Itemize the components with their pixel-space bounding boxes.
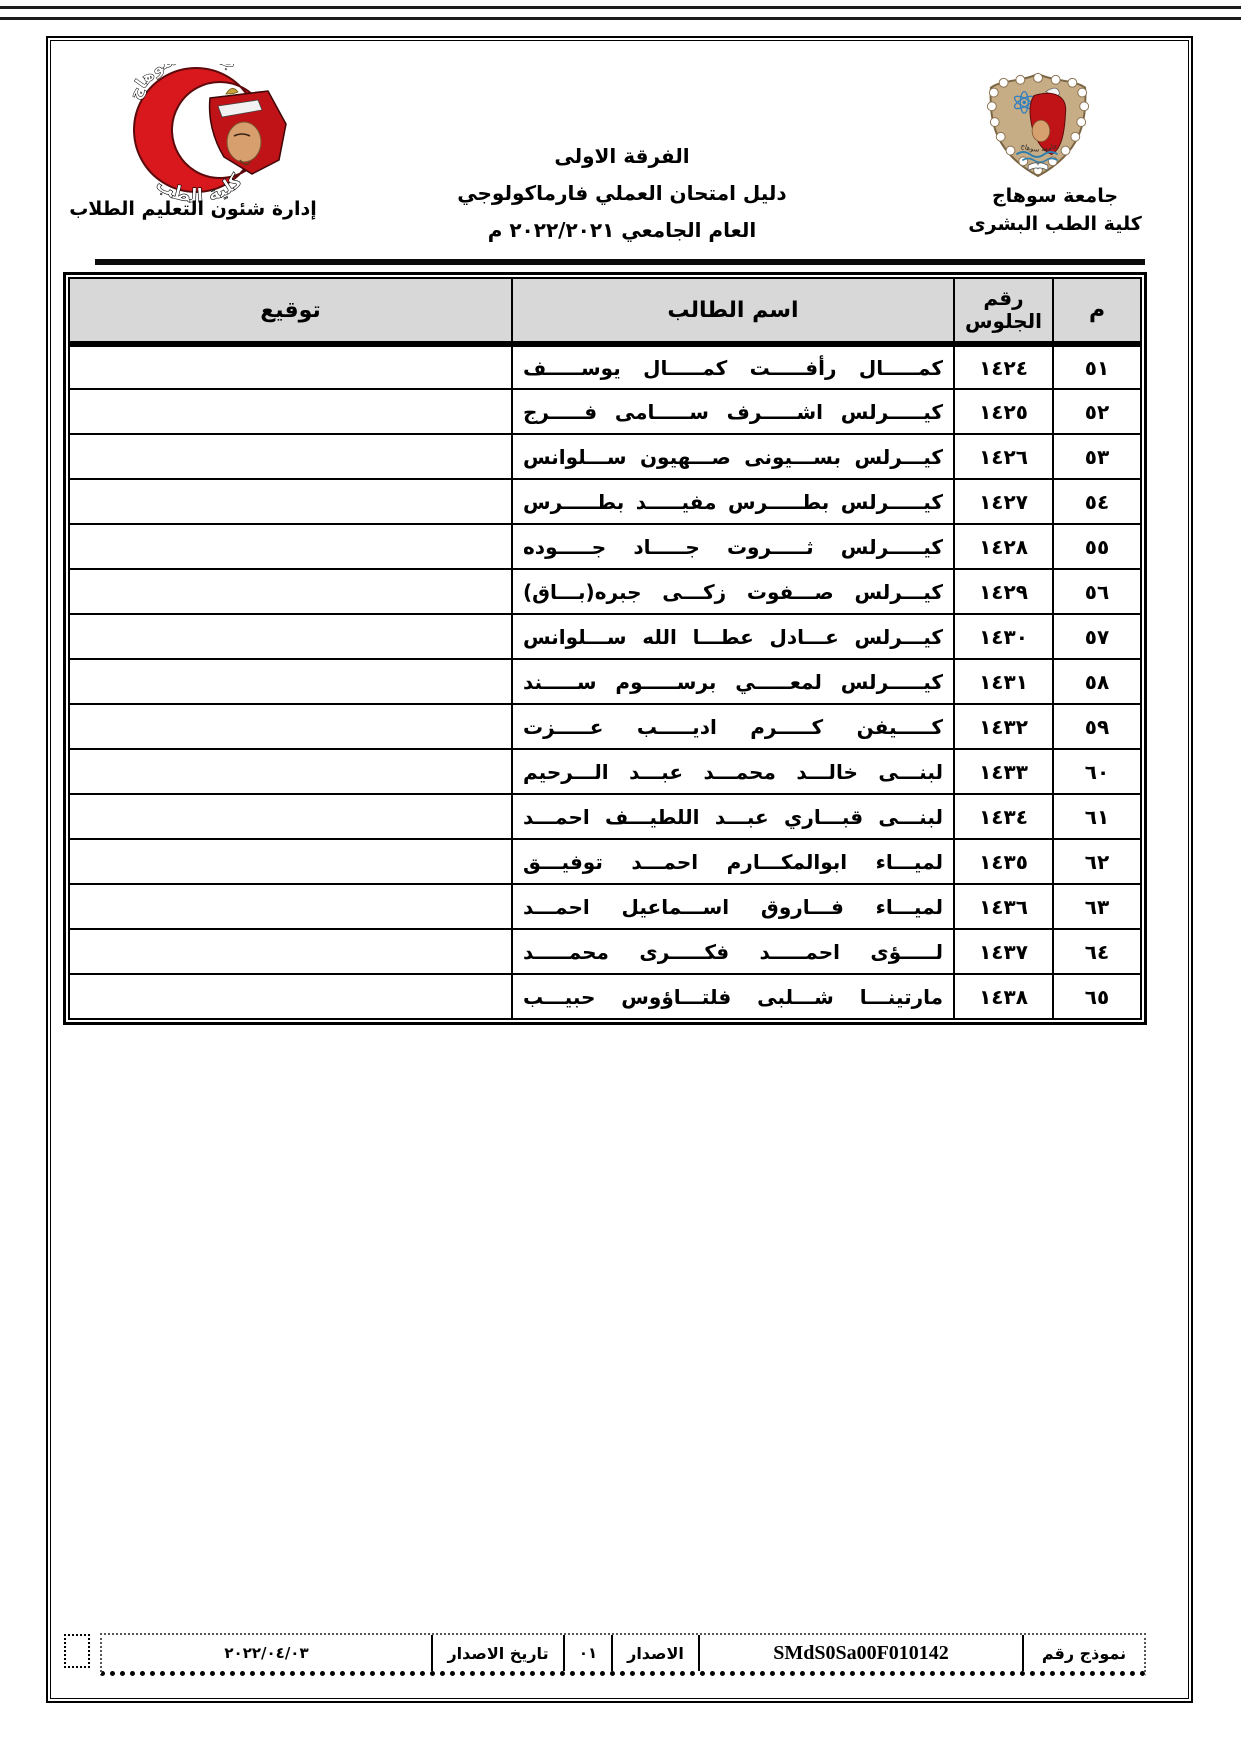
student-row: ٦٠١٤٣٣لبنـــى خالـــد محمـــد عبـــد الـ… — [69, 749, 1141, 794]
seat-number-cell: ١٤٣٥ — [954, 839, 1053, 884]
signature-cell — [69, 659, 512, 704]
seat-number-cell: ١٤٣١ — [954, 659, 1053, 704]
student-row: ٦٢١٤٣٥لميـــاء ابوالمكـــارم احمـــد توف… — [69, 839, 1141, 884]
serial-cell: ٦٣ — [1053, 884, 1141, 929]
crescent-logo-graphic: جامعة سوهاج كلية الطب — [106, 64, 318, 206]
title-academic-year: العام الجامعي ٢٠٢٢/٢٠٢١ م — [448, 212, 796, 249]
header-divider-rule — [95, 259, 1145, 265]
student-row: ٦٣١٤٣٦لميـــاء فـــاروق اســـماعيل احمــ… — [69, 884, 1141, 929]
student-roster-table-frame: م رقم الجلوس اسم الطالب توقيع ٥١١٤٢٤كمــ… — [63, 272, 1147, 1025]
signature-cell — [69, 344, 512, 389]
student-name-cell: لـــــؤى احمـــــد فكـــــرى محمـــــد — [512, 929, 954, 974]
col-name-header: اسم الطالب — [512, 278, 954, 344]
serial-cell: ٦٠ — [1053, 749, 1141, 794]
seat-number-cell: ١٤٢٧ — [954, 479, 1053, 524]
signature-cell — [69, 974, 512, 1019]
serial-cell: ٦٥ — [1053, 974, 1141, 1019]
serial-cell: ٥٥ — [1053, 524, 1141, 569]
signature-cell — [69, 749, 512, 794]
seat-number-cell: ١٤٣٠ — [954, 614, 1053, 659]
student-name-cell: مارتينـــا شـــلبى فلتـــاؤوس حبيـــب — [512, 974, 954, 1019]
col-seat-header-line2: الجلوس — [965, 309, 1042, 333]
student-name-cell: كمـــــال رأفـــــت كمـــــال يوســـــف — [512, 344, 954, 389]
seat-number-cell: ١٤٣٧ — [954, 929, 1053, 974]
student-name-cell: كيـــــرلس بطـــــرس مفيـــــد بطـــــرس — [512, 479, 954, 524]
signature-cell — [69, 704, 512, 749]
seat-number-cell: ١٤٢٤ — [954, 344, 1053, 389]
student-rows: ٥١١٤٢٤كمـــــال رأفـــــت كمـــــال يوسـ… — [69, 344, 1141, 1019]
signature-cell — [69, 434, 512, 479]
organization-name-block: جامعة سوهاج كلية الطب البشرى — [948, 182, 1162, 238]
seat-number-cell: ١٤٢٨ — [954, 524, 1053, 569]
student-name-cell: لبنـــى خالـــد محمـــد عبـــد الـــرحيم — [512, 749, 954, 794]
signature-cell — [69, 569, 512, 614]
shield-logo-graphic: جامعة سوهاج — [973, 70, 1103, 180]
col-signature-header: توقيع — [69, 278, 512, 344]
signature-cell — [69, 884, 512, 929]
signature-cell — [69, 794, 512, 839]
student-row: ٥٥١٤٢٨كيـــــرلس ثـــــروت جـــــاد جـــ… — [69, 524, 1141, 569]
signature-cell — [69, 524, 512, 569]
serial-cell: ٥٧ — [1053, 614, 1141, 659]
student-row: ٥٢١٤٢٥كيـــــرلس اشـــــرف ســـــامى فــ… — [69, 389, 1141, 434]
serial-cell: ٥٢ — [1053, 389, 1141, 434]
signature-cell — [69, 614, 512, 659]
faculty-crescent-logo: جامعة سوهاج كلية الطب — [106, 64, 318, 206]
signature-cell — [69, 389, 512, 434]
version-value: ٠١ — [565, 1635, 613, 1671]
signature-cell — [69, 479, 512, 524]
student-name-cell: لميـــاء فـــاروق اســـماعيل احمـــد — [512, 884, 954, 929]
student-name-cell: كيـــــرلس لمعـــــي برســـــوم ســـــند — [512, 659, 954, 704]
student-row: ٥٦١٤٢٩كيـــرلس صـــفوت زكـــى جبره(بـــا… — [69, 569, 1141, 614]
form-number-label: نموذج رقم — [1024, 1635, 1144, 1671]
student-name-cell: كيـــــرلس اشـــــرف ســـــامى فـــــرج — [512, 389, 954, 434]
form-info-bar: نموذج رقم SMdS0Sa00F010142 الاصدار ٠١ تا… — [100, 1633, 1146, 1676]
col-seat-header-line1: رقم — [983, 286, 1023, 310]
student-row: ٥٧١٤٣٠كيـــرلس عـــادل عطـــا الله ســـل… — [69, 614, 1141, 659]
serial-cell: ٥٨ — [1053, 659, 1141, 704]
student-name-cell: كيـــرلس بســـيونى صـــهيون ســـلوانس — [512, 434, 954, 479]
table-header-row: م رقم الجلوس اسم الطالب توقيع — [69, 278, 1141, 344]
student-row: ٥٩١٤٣٢كـــــيفن كـــــرم اديـــــب عــــ… — [69, 704, 1141, 749]
serial-cell: ٥٩ — [1053, 704, 1141, 749]
version-label: الاصدار — [613, 1635, 700, 1671]
student-name-cell: كيـــــرلس ثـــــروت جـــــاد جـــــوده — [512, 524, 954, 569]
seat-number-cell: ١٤٢٩ — [954, 569, 1053, 614]
student-name-cell: كيـــرلس عـــادل عطـــا الله ســـلوانس — [512, 614, 954, 659]
student-row: ٦١١٤٣٤لبنـــى قبـــاري عبـــد اللطيـــف … — [69, 794, 1141, 839]
student-row: ٦٥١٤٣٨مارتينـــا شـــلبى فلتـــاؤوس حبيـ… — [69, 974, 1141, 1019]
seat-number-cell: ١٤٣٤ — [954, 794, 1053, 839]
student-row: ٥٤١٤٢٧كيـــــرلس بطـــــرس مفيـــــد بطـ… — [69, 479, 1141, 524]
signature-cell — [69, 839, 512, 884]
university-shield-logo: جامعة سوهاج — [973, 70, 1103, 180]
seat-number-cell: ١٤٣٨ — [954, 974, 1053, 1019]
student-name-cell: كـــــيفن كـــــرم اديـــــب عـــــزت — [512, 704, 954, 749]
seat-number-cell: ١٤٣٢ — [954, 704, 1053, 749]
serial-cell: ٥٤ — [1053, 479, 1141, 524]
student-name-cell: لبنـــى قبـــاري عبـــد اللطيـــف احمـــ… — [512, 794, 954, 839]
student-name-cell: كيـــرلس صـــفوت زكـــى جبره(بـــاق) — [512, 569, 954, 614]
student-roster-table: م رقم الجلوس اسم الطالب توقيع ٥١١٤٢٤كمــ… — [68, 277, 1142, 1020]
student-row: ٦٤١٤٣٧لـــــؤى احمـــــد فكـــــرى محمــ… — [69, 929, 1141, 974]
serial-cell: ٥١ — [1053, 344, 1141, 389]
student-name-cell: لميـــاء ابوالمكـــارم احمـــد توفيـــق — [512, 839, 954, 884]
serial-cell: ٥٣ — [1053, 434, 1141, 479]
student-row: ٥٨١٤٣١كيـــــرلس لمعـــــي برســـــوم سـ… — [69, 659, 1141, 704]
seat-number-cell: ١٤٢٦ — [954, 434, 1053, 479]
issue-date-label: تاريخ الاصدار — [433, 1635, 565, 1671]
document-title-block: الفرقة الاولى دليل امتحان العملي فارماكو… — [448, 138, 796, 249]
col-serial-header: م — [1053, 278, 1141, 344]
student-row: ٥٣١٤٢٦كيـــرلس بســـيونى صـــهيون ســـلو… — [69, 434, 1141, 479]
form-number-value: SMdS0Sa00F010142 — [700, 1635, 1024, 1671]
title-grade: الفرقة الاولى — [448, 138, 796, 175]
title-exam: دليل امتحان العملي فارماكولوجي — [448, 175, 796, 212]
top-double-rule — [0, 6, 1241, 20]
issue-date-value: ٢٠٢٢/٠٤/٠٣ — [102, 1635, 433, 1671]
serial-cell: ٦١ — [1053, 794, 1141, 839]
faculty-name: كلية الطب البشرى — [948, 210, 1162, 238]
seat-number-cell: ١٤٣٣ — [954, 749, 1053, 794]
university-name: جامعة سوهاج — [948, 182, 1162, 210]
signature-cell — [69, 929, 512, 974]
student-row: ٥١١٤٢٤كمـــــال رأفـــــت كمـــــال يوسـ… — [69, 344, 1141, 389]
footer-corner-box — [64, 1634, 90, 1668]
exam-attendance-sheet: جامعة سوهاج كلية الطب إدارة شئون التعليم… — [0, 0, 1241, 1754]
col-seat-header: رقم الجلوس — [954, 278, 1053, 344]
serial-cell: ٦٢ — [1053, 839, 1141, 884]
seat-number-cell: ١٤٢٥ — [954, 389, 1053, 434]
serial-cell: ٥٦ — [1053, 569, 1141, 614]
department-name: إدارة شئون التعليم الطلاب — [48, 198, 338, 220]
seat-number-cell: ١٤٣٦ — [954, 884, 1053, 929]
serial-cell: ٦٤ — [1053, 929, 1141, 974]
